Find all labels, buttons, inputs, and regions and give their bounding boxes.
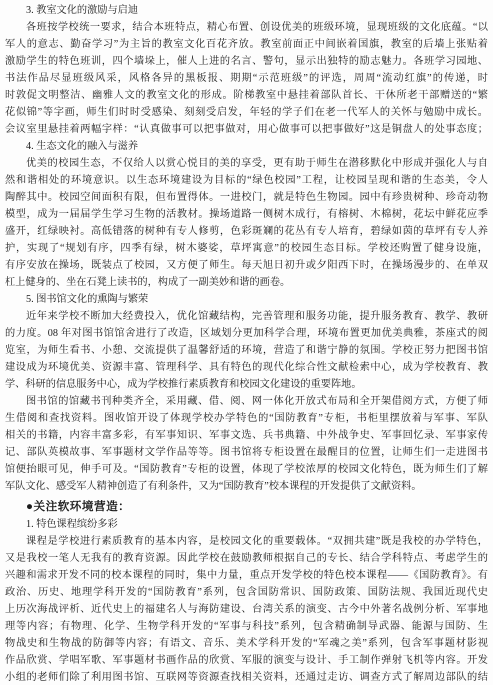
text-line: 有序安放在操场，既装点了校园，又方便了师生。每天旭日初升或夕阳西下时，在操场漫步… bbox=[5, 257, 488, 274]
text-line: 馆便抬眼可见，伸手可及。“国防教育”专柜的设置，体现了学校浓厚的校园文化特色，既… bbox=[5, 461, 488, 478]
text-line: 优美的校园生态，不仅给人以赏心悦目的美的享受，更有助于师生在潜移默化中形成并强化… bbox=[5, 155, 488, 172]
text-line: 激励学生的特色班训，四个墙垛上，催人上进的名言、警句，显示出独特的励志魅力。各班… bbox=[5, 53, 488, 70]
paragraph: 图书馆的馆藏书刊种类齐全，采用藏、借、阅、网一体化开放式布局和全开架借阅方式，方… bbox=[5, 393, 488, 495]
text-line: 军人的意志、勤奋学习”为主旨的教室文化百花齐放。教室前面正中间嵌着国旗，教室的后… bbox=[5, 36, 488, 53]
text-line: 模型，成为一届届学生学习生物的活教材。操场道路一侧树木成行，有榕树、木棉树，花坛… bbox=[5, 206, 488, 223]
section-heading: 4. 生态文化的融入与滋养 bbox=[5, 138, 488, 155]
text-line: 览室，为师生看书、小憩、交流提供了温馨舒适的环境，营造了和谐宁静的氛围。学校正努… bbox=[5, 342, 488, 359]
heading-text: 5. 图书馆文化的熏陶与繁荣 bbox=[5, 291, 488, 308]
heading-text: 1. 特色课程缤纷多彩 bbox=[5, 516, 488, 533]
text-line: 杠上健身的、坐在石凳上读书的，构成了一副美妙和谐的画卷。 bbox=[5, 274, 488, 291]
paragraph: 课程是学校进行素质教育的基本内容，是校园文化的重要载体。“双拥共建”既是我校的办… bbox=[5, 533, 488, 685]
text-line: 盛开，红绿映衬。高低错落的树种有专人修剪，色彩斑斓的花丛有专人培育，碧绿如茵的草… bbox=[5, 223, 488, 240]
text-line: 记、部队英模故事、军事题材文学作品等等。图书馆将专柜设置在最醒目的位置，让师生们… bbox=[5, 444, 488, 461]
text-line: 学、科研的信息服务中心，成为学校推行素质教育和校园文化建设的重要阵地。 bbox=[5, 376, 488, 393]
section-heading: 5. 图书馆文化的熏陶与繁荣 bbox=[5, 291, 488, 308]
text-line: 又是我校一笔人无我有的教育资源。因此学校在鼓励教师根据自己的专长、结合学科特点、… bbox=[5, 550, 488, 567]
heading-text: ●关注软环境营造： bbox=[5, 498, 488, 515]
text-line: 生借阅和查找资料。图收馆开设了体现学校办学特色的“国防教育”专柜，书柜里摆放着与… bbox=[5, 410, 488, 427]
text-line: 政治、历史、地理学科开发的“国防教育”系列，包含国防常识、国防政策、国防法规、我… bbox=[5, 584, 488, 601]
paragraph: 近年来学校不断加大经费投入，优化馆藏结构，完善管理和服务功能，提升服务教育、教学… bbox=[5, 308, 488, 393]
text-line: 建设成为环境优美、资源丰富、管理科学、具有特色的现代化综合性文献检索中心，成为学… bbox=[5, 359, 488, 376]
text-line: 课程是学校进行素质教育的基本内容，是校园文化的重要载体。“双拥共建”既是我校的办… bbox=[5, 533, 488, 550]
text-line: 物战史和生物战的防御等内容；有语文、音乐、美术学科开发的“军魂之美”系列，包含军… bbox=[5, 635, 488, 652]
text-line: 的力度。08 年对图书馆馆舍进行了改造，区域划分更加科学合理，环境布置更加优美典… bbox=[5, 325, 488, 342]
document-page: 3. 教室文化的激励与启迪各班按学校统一要求，结合本班特点，精心布置、创设优美的… bbox=[0, 0, 493, 685]
text-line: 小组的老师们除了利用图书馆、互联网等资源查找相关资料，还通过走访、调查方式了解周… bbox=[5, 669, 488, 685]
text-line: 军队文化、感受军人精神创造了有利条件，又为“国防教育”校本课程的开发提供了文献资… bbox=[5, 478, 488, 495]
bullet-section-heading: ●关注软环境营造： bbox=[5, 498, 488, 515]
text-line: 作品欣赏、学唱军歌、军事题材书画作品的欣赏、军服的演变与设计、手工制作弹射飞机等… bbox=[5, 652, 488, 669]
section-heading: 1. 特色课程缤纷多彩 bbox=[5, 516, 488, 533]
text-line: 会议室里悬挂着两幅字样：“认真做事可以把事做对，用心做事可以把事做好”这是铜盘人… bbox=[5, 121, 488, 138]
text-line: 时敦促文明整洁、幽雅人文的教室文化的形成。阶梯教室中悬挂着部队首长、干休所老干部… bbox=[5, 87, 488, 104]
heading-text: 3. 教室文化的激励与启迪 bbox=[5, 2, 488, 19]
text-line: 护，实现了“规划有序，四季有绿，树木婆娑，草坪寓意”的校园生态目标。学校还购置了… bbox=[5, 240, 488, 257]
paragraph: 各班按学校统一要求，结合本班特点，精心布置、创设优美的班级环境，显现班级的文化底… bbox=[5, 19, 488, 138]
text-line: 书法作品尽显班级风采，风格各异的黑板报、期期“示范班级”的评选，周周“流动红旗”… bbox=[5, 70, 488, 87]
text-line: 近年来学校不断加大经费投入，优化馆藏结构，完善管理和服务功能，提升服务教育、教学… bbox=[5, 308, 488, 325]
heading-text: 4. 生态文化的融入与滋养 bbox=[5, 138, 488, 155]
text-line: 上历次海战评析、近代史上的福建名人与海防建设、台湾关系的演变、古今中外著名战例分… bbox=[5, 601, 488, 618]
text-line: 兴趣和需求开发不同的校本课程的同时，集中力量，重点开发学校的特色校本课程——《国… bbox=[5, 567, 488, 584]
paragraph: 优美的校园生态，不仅给人以赏心悦目的美的享受，更有助于师生在潜移默化中形成并强化… bbox=[5, 155, 488, 291]
text-line: 陶醉其中。校园空间面积有限，但布置得体。一进校门，就是特色生物园。园中有珍贵树种… bbox=[5, 189, 488, 206]
text-line: 相关的书籍，内容丰富多彩，有军事知识、军事文选、兵书典籍、中外战争史、军事回忆录… bbox=[5, 427, 488, 444]
text-line: 然和谐相处的环境意识。以生态环境建设为目标的“绿色校园”工程，让校园呈现和谐的生… bbox=[5, 172, 488, 189]
text-line: 各班按学校统一要求，结合本班特点，精心布置、创设优美的班级环境，显现班级的文化底… bbox=[5, 19, 488, 36]
text-line: 理等内容；有物理、化学、生物学科开发的“军事与科技”系列，包含精确制导武器、能源… bbox=[5, 618, 488, 635]
text-line: 花似锦”等字画，师生们时时受感染、刻刻受启发，年轻的学子们在老一代军人的关怀与勉… bbox=[5, 104, 488, 121]
section-heading: 3. 教室文化的激励与启迪 bbox=[5, 2, 488, 19]
text-line: 图书馆的馆藏书刊种类齐全，采用藏、借、阅、网一体化开放式布局和全开架借阅方式，方… bbox=[5, 393, 488, 410]
